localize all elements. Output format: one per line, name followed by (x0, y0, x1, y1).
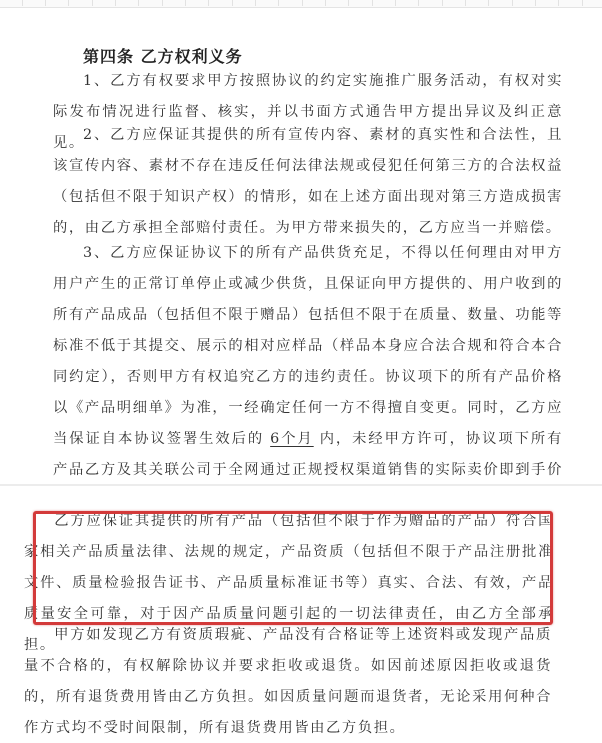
ruler-tick (535, 0, 536, 6)
underlined-term: 6个月 (264, 431, 320, 447)
ruler-tick (418, 0, 419, 6)
clause-number: 2、 (83, 127, 110, 143)
clause-text-before: 乙方应保证协议下的所有产品供货充足，不得以任何理由对甲方用户产生的正常订单停止或… (53, 245, 563, 447)
ruler-tick (558, 0, 559, 6)
ruler-tick (348, 0, 349, 6)
ruler-tick (162, 0, 163, 6)
ruler-tick (115, 0, 116, 6)
clause-number: 1、 (83, 73, 110, 89)
following-clause: 甲方如发现乙方有资质瑕疵、产品没有合格证等上述资料或发现产品质量不合格的，有权解… (24, 620, 552, 743)
ruler-tick (68, 0, 69, 6)
ruler-tick (465, 0, 466, 6)
clause-number: 3、 (83, 245, 110, 261)
ruler-tick (22, 0, 23, 6)
ruler-tick (138, 0, 139, 6)
ruler-tick (372, 0, 373, 6)
ruler-tick (208, 0, 209, 6)
ruler-tick (325, 0, 326, 6)
ruler-tick (92, 0, 93, 6)
ruler-tick (45, 0, 46, 6)
document-page-bottom: 乙方应保证其提供的所有产品（包括但不限于作为赠品的产品）符合国家相关产品质量法律… (0, 486, 602, 743)
ruler-tick (442, 0, 443, 6)
ruler-tick (512, 0, 513, 6)
ruler-tick (278, 0, 279, 6)
ruler-tick (582, 0, 583, 6)
document-page-top: 第四条 乙方权利义务 1、乙方有权要求甲方按照协议的约定实施推广服务活动，有权对… (0, 8, 602, 484)
ruler-tick (185, 0, 186, 6)
clause-text: 乙方应保证其提供的所有宣传内容、素材的真实性和合法性，且该宣传内容、素材不存在违… (53, 127, 563, 236)
ruler-tick (255, 0, 256, 6)
document-ruler (0, 0, 602, 8)
article-heading: 第四条 乙方权利义务 (83, 44, 243, 67)
ruler-tick (232, 0, 233, 6)
following-clause-text: 甲方如发现乙方有资质瑕疵、产品没有合格证等上述资料或发现产品质量不合格的，有权解… (24, 627, 552, 736)
ruler-tick (395, 0, 396, 6)
ruler-tick (302, 0, 303, 6)
ruler-tick (488, 0, 489, 6)
clause-2: 2、乙方应保证其提供的所有宣传内容、素材的真实性和合法性，且该宣传内容、素材不存… (53, 120, 563, 244)
